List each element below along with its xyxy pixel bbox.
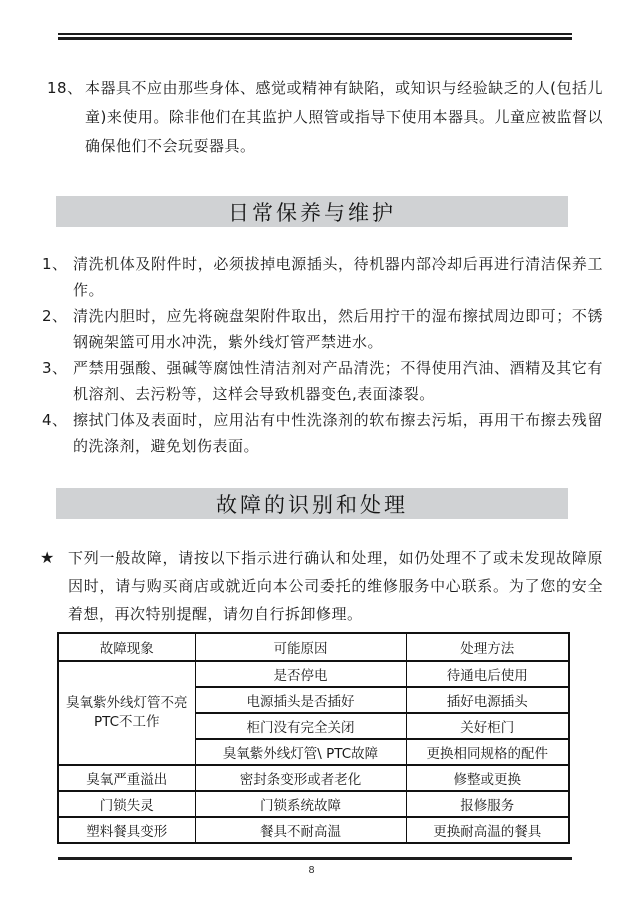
table-row: 塑料餐具变形 餐具不耐高温 更换耐高温的餐具 [58, 817, 569, 843]
item-number: 2、 [42, 303, 73, 355]
item-number: 4、 [42, 407, 73, 459]
section-header-faults: 故障的识别和处理 [56, 488, 568, 519]
cell-solution: 报修服务 [406, 791, 569, 817]
section-title: 故障的识别和处理 [216, 489, 408, 519]
cell-cause: 臭氧紫外线灯管\ PTC故障 [195, 739, 406, 765]
item-text: 本器具不应由那些身体、感觉或精神有缺陷，或知识与经验缺乏的人(包括儿童)来使用。… [85, 74, 603, 161]
cell-solution: 更换耐高温的餐具 [406, 817, 569, 843]
cell-phenomenon: 塑料餐具变形 [58, 817, 195, 843]
list-item: 3、 严禁用强酸、强碱等腐蚀性清洁剂对产品清洗；不得使用汽油、酒精及其它有机溶剂… [42, 355, 603, 407]
cell-cause: 是否停电 [195, 661, 406, 687]
manual-page: 18、 本器具不应由那些身体、感觉或精神有缺陷，或知识与经验缺乏的人(包括儿童)… [0, 0, 623, 911]
cell-cause: 门锁系统故障 [195, 791, 406, 817]
star-icon: ★ [40, 544, 68, 628]
item-number: 1、 [42, 251, 73, 303]
fault-note: ★ 下列一般故障，请按以下指示进行确认和处理，如仍处理不了或未发现故障原因时，请… [40, 544, 603, 628]
item-number: 3、 [42, 355, 73, 407]
cell-phenomenon-merged: 臭氧紫外线灯管不亮 PTC不工作 [58, 661, 195, 765]
cell-cause: 柜门没有完全关闭 [195, 713, 406, 739]
table-row: 臭氧紫外线灯管不亮 PTC不工作 是否停电 待通电后使用 [58, 661, 569, 687]
cell-solution: 修整或更换 [406, 765, 569, 791]
item-text: 擦拭门体及表面时，应用沾有中性洗涤剂的软布擦去污垢，再用干布擦去残留的洗涤剂，避… [73, 407, 603, 459]
item-text: 清洗内胆时，应先将碗盘架附件取出，然后用拧干的湿布擦拭周边即可；不锈钢碗架篮可用… [73, 303, 603, 355]
top-double-rule [58, 33, 572, 40]
header-cell-solution: 处理方法 [406, 633, 569, 661]
header-cell-cause: 可能原因 [195, 633, 406, 661]
paragraph-item-18: 18、 本器具不应由那些身体、感觉或精神有缺陷，或知识与经验缺乏的人(包括儿童)… [47, 74, 603, 161]
note-text: 下列一般故障，请按以下指示进行确认和处理，如仍处理不了或未发现故障原因时，请与购… [68, 544, 603, 628]
page-number: 8 [0, 865, 623, 876]
cell-phenomenon: 臭氧严重溢出 [58, 765, 195, 791]
cell-solution: 更换相同规格的配件 [406, 739, 569, 765]
cell-phenomenon: 门锁失灵 [58, 791, 195, 817]
section-header-maintenance: 日常保养与维护 [56, 196, 568, 227]
list-item: 4、 擦拭门体及表面时，应用沾有中性洗涤剂的软布擦去污垢，再用干布擦去残留的洗涤… [42, 407, 603, 459]
cell-solution: 插好电源插头 [406, 687, 569, 713]
table-row: 臭氧严重溢出 密封条变形或者老化 修整或更换 [58, 765, 569, 791]
item-text: 清洗机体及附件时，必须拔掉电源插头，待机器内部冷却后再进行清洁保养工作。 [73, 251, 603, 303]
cell-solution: 关好柜门 [406, 713, 569, 739]
item-number: 18、 [47, 74, 85, 161]
list-item: 2、 清洗内胆时，应先将碗盘架附件取出，然后用拧干的湿布擦拭周边即可；不锈钢碗架… [42, 303, 603, 355]
header-cell-phenomenon: 故障现象 [58, 633, 195, 661]
cell-cause: 餐具不耐高温 [195, 817, 406, 843]
top-rule-thick-line [58, 37, 572, 40]
item-text: 严禁用强酸、强碱等腐蚀性清洁剂对产品清洗；不得使用汽油、酒精及其它有机溶剂、去污… [73, 355, 603, 407]
cell-cause: 电源插头是否插好 [195, 687, 406, 713]
fault-table: 故障现象 可能原因 处理方法 臭氧紫外线灯管不亮 PTC不工作 是否停电 待通电… [57, 632, 570, 844]
cell-cause: 密封条变形或者老化 [195, 765, 406, 791]
section-title: 日常保养与维护 [228, 197, 396, 227]
table-row: 门锁失灵 门锁系统故障 报修服务 [58, 791, 569, 817]
maintenance-list: 1、 清洗机体及附件时，必须拔掉电源插头，待机器内部冷却后再进行清洁保养工作。 … [42, 251, 603, 459]
cell-solution: 待通电后使用 [406, 661, 569, 687]
table-header-row: 故障现象 可能原因 处理方法 [58, 633, 569, 661]
bottom-rule [58, 857, 572, 860]
list-item: 1、 清洗机体及附件时，必须拔掉电源插头，待机器内部冷却后再进行清洁保养工作。 [42, 251, 603, 303]
